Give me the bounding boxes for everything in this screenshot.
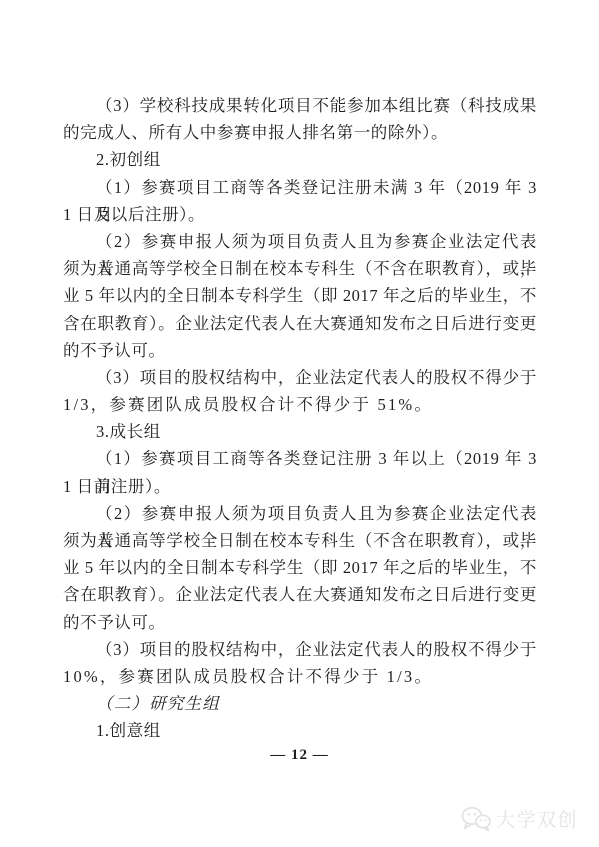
text-line: 1/3，参赛团队成员股权合计不得少于 51%。 <box>63 391 537 418</box>
text-line: 含在职教育）。企业法定代表人在大赛通知发布之日后进行变更 <box>63 581 537 608</box>
text-line: 须为普通高等学校全日制在校本专科生（不含在职教育），或毕 <box>63 255 537 282</box>
text-line: 业 5 年以内的全日制本专科学生（即 2017 年之后的毕业生，不 <box>63 282 537 309</box>
text-line: 的不予认可。 <box>63 609 537 636</box>
text-line: 10%，参赛团队成员股权合计不得少于 1/3。 <box>63 663 537 690</box>
text-line: 1 日前注册）。 <box>63 473 537 500</box>
wechat-logo-icon <box>461 805 491 832</box>
text-line: （1）参赛项目工商等各类登记注册 3 年以上（2019 年 3 月 <box>63 445 537 472</box>
section-heading-yanjiusheng: （二）研究生组 <box>63 690 537 717</box>
watermark-label: 大学双创 <box>496 805 578 832</box>
text-line: 1 日及以后注册）。 <box>63 201 537 228</box>
subsection-heading-chengzhang: 3.成长组 <box>63 418 537 445</box>
watermark: 大学双创 <box>461 805 578 832</box>
text-line: 含在职教育）。企业法定代表人在大赛通知发布之日后进行变更 <box>63 310 537 337</box>
text-line: （2）参赛申报人须为项目负责人且为参赛企业法定代表人， <box>63 500 537 527</box>
text-line: 须为普通高等学校全日制在校本专科生（不含在职教育），或毕 <box>63 527 537 554</box>
document-page: （3）学校科技成果转化项目不能参加本组比赛（科技成果 的完成人、所有人中参赛申报… <box>0 0 599 847</box>
text-line: （3）项目的股权结构中，企业法定代表人的股权不得少于 <box>63 636 537 663</box>
text-line: 的不予认可。 <box>63 337 537 364</box>
text-line: （3）学校科技成果转化项目不能参加本组比赛（科技成果 <box>63 92 537 119</box>
text-line: 业 5 年以内的全日制本专科学生（即 2017 年之后的毕业生，不 <box>63 554 537 581</box>
text-line: 的完成人、所有人中参赛申报人排名第一的除外）。 <box>63 119 537 146</box>
subsection-heading-chuchuang: 2.初创组 <box>63 146 537 173</box>
text-line: （2）参赛申报人须为项目负责人且为参赛企业法定代表人， <box>63 228 537 255</box>
subsection-heading-chuangyi: 1.创意组 <box>63 717 537 744</box>
page-number: — 12 — <box>0 747 599 764</box>
text-line: （3）项目的股权结构中，企业法定代表人的股权不得少于 <box>63 364 537 391</box>
document-text-block: （3）学校科技成果转化项目不能参加本组比赛（科技成果 的完成人、所有人中参赛申报… <box>63 92 537 745</box>
text-line: （1）参赛项目工商等各类登记注册未满 3 年（2019 年 3 月 <box>63 174 537 201</box>
